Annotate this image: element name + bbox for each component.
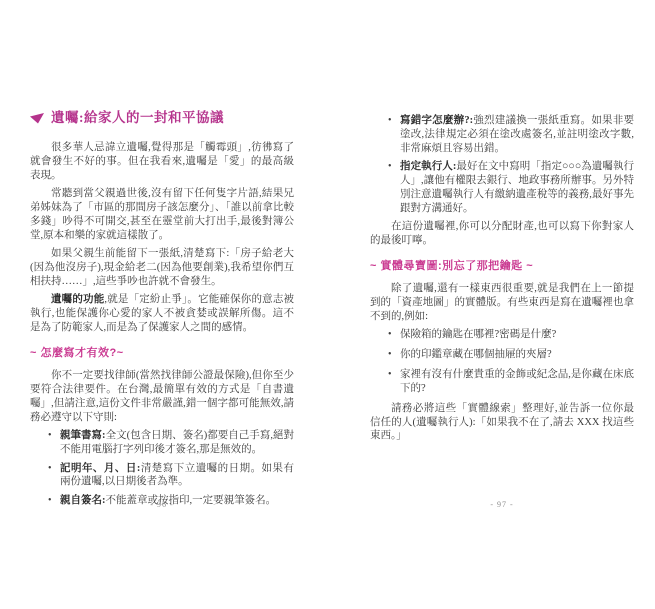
bullet-dot-icon: •: [388, 160, 392, 173]
bullet-dot-icon: •: [388, 368, 392, 381]
chapter-title: 遺囑:給家人的一封和平協議: [30, 110, 294, 126]
rules-list-continued: •寫錯字怎麼辦?:強烈建議換一張紙重寫。如果非要塗改,法律規定必須在塗改處簽名,…: [370, 114, 634, 216]
page-number-left: - 96 -: [30, 500, 294, 511]
bullet-item-handwrite: •親筆書寫:全文(包含日期、簽名)都要自己手寫,絕對不能用電腦打字列印後才簽名,…: [30, 429, 294, 457]
bullet-item-mistake: •寫錯字怎麼辦?:強烈建議換一張紙重寫。如果非要塗改,法律規定必須在塗改處簽名,…: [370, 114, 634, 156]
bullet-item-executor: •指定執行人:最好在文中寫明「指定○○○為遺囑執行人」,讓他有權限去銀行、地政事…: [370, 160, 634, 215]
closing-paragraph: 請務必將這些「實體線索」整理好,並告訴一位你最信任的人(遺囑執行人):「如果我不…: [370, 402, 634, 444]
bullet-label: 記明年、月、日:: [60, 463, 140, 474]
bullet-dot-icon: •: [48, 429, 52, 442]
paragraph-3: 如果父親生前能留下一張紙,清楚寫下:「房子給老大(因為他沒房子),現金給老二(因…: [30, 247, 294, 289]
page-left: 遺囑:給家人的一封和平協議 很多華人忌諱立遺囑,覺得那是「觸霉頭」,彷彿寫了就會…: [30, 110, 294, 520]
bullet-label: 親筆書寫:: [60, 430, 106, 441]
page-right: •寫錯字怎麼辦?:強烈建議換一張紙重寫。如果非要塗改,法律規定必須在塗改處簽名,…: [370, 110, 634, 520]
bullet-text: 家裡有沒有什麼貴重的金飾或紀念品,是你藏在床底下的?: [400, 369, 634, 394]
paragraph-4-lead: 遺囑的功能: [51, 294, 104, 305]
bullet-label: 指定執行人:: [400, 161, 456, 172]
bullet-item-date: •記明年、月、日:清楚寫下立遺囑的日期。如果有兩份遺囑,以日期後者為準。: [30, 462, 294, 490]
section-intro: 你不一定要找律師(當然找律師公證最保險),但你至少要符合法律要件。在台灣,最簡單…: [30, 369, 294, 424]
bullet-item-valuables: •家裡有沒有什麼貴重的金飾或紀念品,是你藏在床底下的?: [370, 368, 634, 396]
rules-list: •親筆書寫:全文(包含日期、簽名)都要自己手寫,絕對不能用電腦打字列印後才簽名,…: [30, 429, 294, 507]
section-heading-treasure-map: ~ 實體尋寶圖:別忘了那把鑰匙 ~: [370, 259, 634, 274]
paragraph-4: 遺囑的功能,就是「定紛止爭」。它能確保你的意志被執行,也能保護你心愛的家人不被貪…: [30, 293, 294, 335]
clues-list: •保險箱的鑰匙在哪裡?密碼是什麼? •你的印鑑章藏在哪個抽屜的夾層? •家裡有沒…: [370, 328, 634, 395]
page-number-right: - 97 -: [370, 500, 634, 511]
flag-arrow-icon: [30, 113, 44, 124]
paragraph-2: 常聽到當父親過世後,沒有留下任何隻字片語,結果兄弟姊妹為了「市區的那間房子該怎麼…: [30, 187, 294, 242]
bullet-dot-icon: •: [388, 328, 392, 341]
book-spread: 遺囑:給家人的一封和平協議 很多華人忌諱立遺囑,覺得那是「觸霉頭」,彷彿寫了就會…: [0, 0, 655, 609]
bullet-item-safebox: •保險箱的鑰匙在哪裡?密碼是什麼?: [370, 328, 634, 342]
bullet-dot-icon: •: [388, 114, 392, 127]
bullet-text: 保險箱的鑰匙在哪裡?密碼是什麼?: [400, 329, 556, 340]
bullet-dot-icon: •: [48, 462, 52, 475]
paragraph-1: 很多華人忌諱立遺囑,覺得那是「觸霉頭」,彷彿寫了就會發生不好的事。但在我看來,遺…: [30, 141, 294, 183]
section-intro-treasure: 除了遺囑,還有一樣東西很重要,就是我們在上一節提到的「資產地圖」的實體版。有些東…: [370, 282, 634, 324]
section-heading-how-to-write: ~ 怎麼寫才有效?~: [30, 346, 294, 361]
paragraph-will-content: 在這份遺囑裡,你可以分配財產,也可以寫下你對家人的最後叮嚀。: [370, 220, 634, 248]
bullet-label: 寫錯字怎麼辦?:: [400, 115, 473, 126]
chapter-title-text: 遺囑:給家人的一封和平協議: [51, 110, 224, 126]
bullet-item-seal: •你的印鑑章藏在哪個抽屜的夾層?: [370, 348, 634, 362]
bullet-dot-icon: •: [388, 348, 392, 361]
bullet-text: 你的印鑑章藏在哪個抽屜的夾層?: [400, 349, 552, 360]
